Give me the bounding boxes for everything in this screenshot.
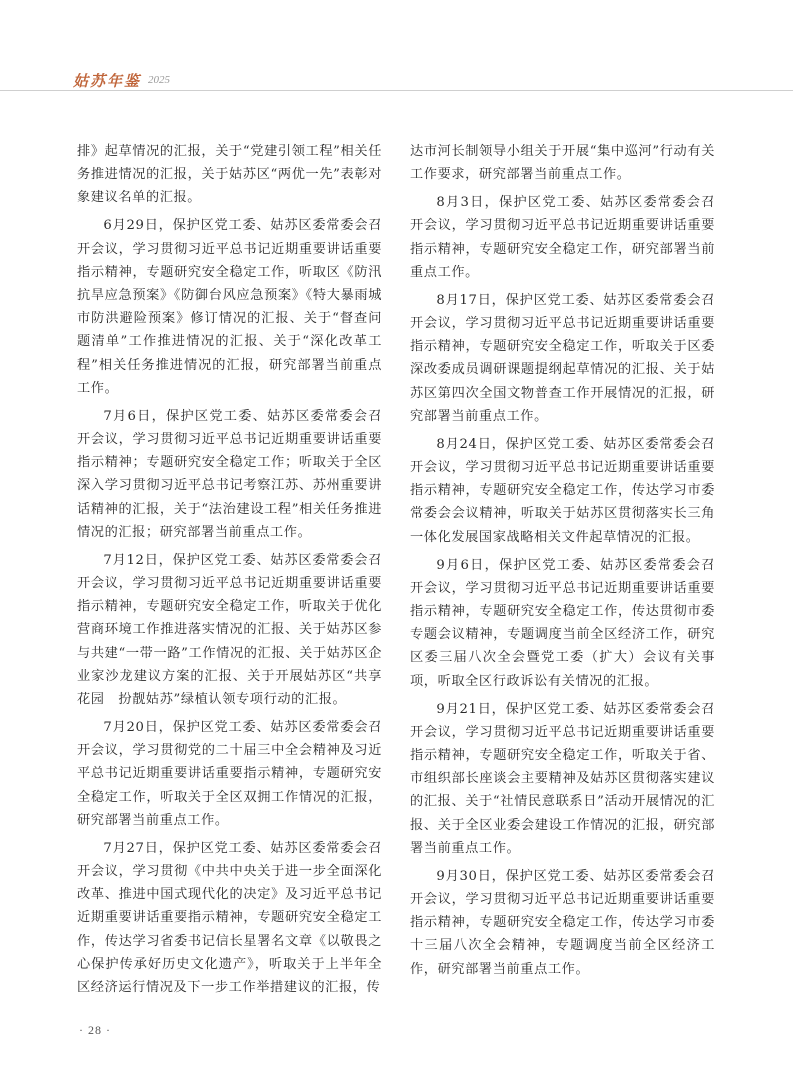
left-column: 排》起草情况的汇报，关于“党建引领工程”相关任务推进情况的汇报，关于姑苏区“两优… xyxy=(77,140,382,1004)
paragraph-july-20: 7月20日，保护区党工委、姑苏区委常委会召开会议，学习贯彻党的二十届三中全会精神… xyxy=(77,716,382,832)
paragraph-july-27: 7月27日，保护区党工委、姑苏区委常委会召开会议，学习贯彻《中共中央关于进一步全… xyxy=(77,837,382,999)
paragraph-sep-30: 9月30日，保护区党工委、姑苏区委常委会召开会议，学习贯彻习近平总书记近期重要讲… xyxy=(410,865,715,981)
paragraph-june-29: 6月29日，保护区党工委、姑苏区委常委会召开会议，学习贯彻习近平总书记近期重要讲… xyxy=(77,214,382,400)
right-column: 达市河长制领导小组关于开展“集中巡河”行动有关工作要求，研究部署当前重点工作。 … xyxy=(410,140,715,986)
paragraph-aug-17: 8月17日，保护区党工委、姑苏区委常委会召开会议，学习贯彻习近平总书记近期重要讲… xyxy=(410,289,715,428)
paragraph-sep-6: 9月6日，保护区党工委、姑苏区委常委会召开会议，学习贯彻习近平总书记近期重要讲话… xyxy=(410,554,715,693)
yearbook-title-logo: 姑苏年鉴 xyxy=(73,70,141,91)
paragraph-continuation: 达市河长制领导小组关于开展“集中巡河”行动有关工作要求，研究部署当前重点工作。 xyxy=(410,140,715,186)
paragraph-aug-3: 8月3日，保护区党工委、姑苏区委常委会召开会议，学习贯彻习近平总书记近期重要讲话… xyxy=(410,191,715,284)
paragraph-july-12: 7月12日，保护区党工委、姑苏区委常委会召开会议，学习贯彻习近平总书记近期重要讲… xyxy=(77,549,382,711)
paragraph-july-6: 7月6日，保护区党工委、姑苏区委常委会召开会议，学习贯彻习近平总书记近期重要讲话… xyxy=(77,405,382,544)
yearbook-year: 2025 xyxy=(148,74,170,86)
page-header: 姑苏年鉴 2025 xyxy=(0,0,793,92)
paragraph-aug-24: 8月24日，保护区党工委、姑苏区委常委会召开会议，学习贯彻习近平总书记近期重要讲… xyxy=(410,433,715,549)
header-divider xyxy=(0,90,793,91)
paragraph-sep-21: 9月21日，保护区党工委、姑苏区委常委会召开会议，学习贯彻习近平总书记近期重要讲… xyxy=(410,698,715,860)
paragraph-continuation: 排》起草情况的汇报，关于“党建引领工程”相关任务推进情况的汇报，关于姑苏区“两优… xyxy=(77,140,382,210)
page-number: · 28 · xyxy=(79,1023,111,1038)
